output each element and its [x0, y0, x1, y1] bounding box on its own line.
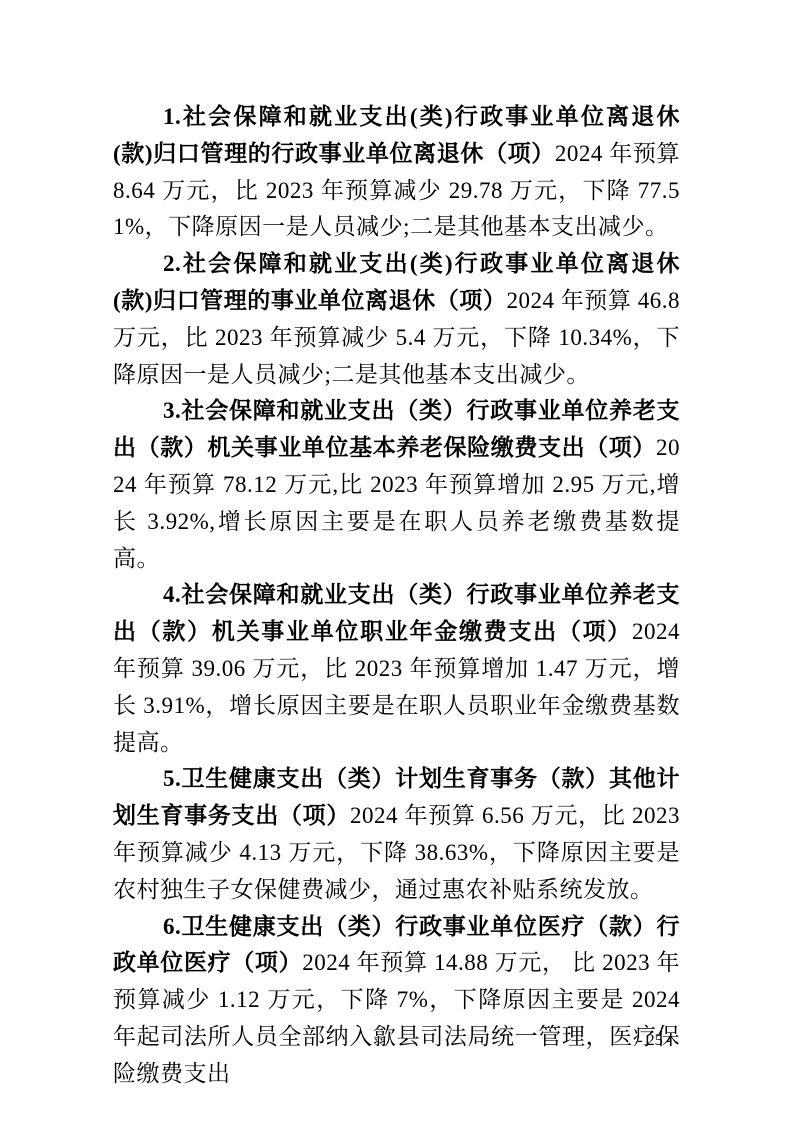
budget-paragraph-4: 4.社会保障和就业支出（类）行政事业单位养老支出（款）机关事业单位职业年金缴费支…: [113, 577, 680, 761]
budget-paragraph-3: 3.社会保障和就业支出（类）行政事业单位养老支出（款）机关事业单位基本养老保险缴…: [113, 393, 680, 577]
budget-paragraph-6: 6.卫生健康支出（类）行政事业单位医疗（款）行政单位医疗（项）2024 年预算 …: [113, 909, 680, 1093]
paragraph-4-heading: 4.社会保障和就业支出（类）行政事业单位养老支出（款）机关事业单位职业年金缴费支…: [113, 582, 680, 644]
page-number: - 25 -: [637, 1031, 672, 1051]
budget-paragraph-1: 1.社会保障和就业支出(类)行政事业单位离退休(款)归口管理的行政事业单位离退休…: [113, 99, 680, 246]
budget-paragraph-2: 2.社会保障和就业支出(类)行政事业单位离退休(款)归口管理的事业单位离退休（项…: [113, 246, 680, 393]
budget-paragraph-5: 5.卫生健康支出（类）计划生育事务（款）其他计划生育事务支出（项）2024 年预…: [113, 761, 680, 908]
document-page: 1.社会保障和就业支出(类)行政事业单位离退休(款)归口管理的行政事业单位离退休…: [0, 0, 793, 1122]
document-body: 1.社会保障和就业支出(类)行政事业单位离退休(款)归口管理的行政事业单位离退休…: [113, 99, 680, 1093]
paragraph-3-heading: 3.社会保障和就业支出（类）行政事业单位养老支出（款）机关事业单位基本养老保险缴…: [113, 398, 680, 460]
